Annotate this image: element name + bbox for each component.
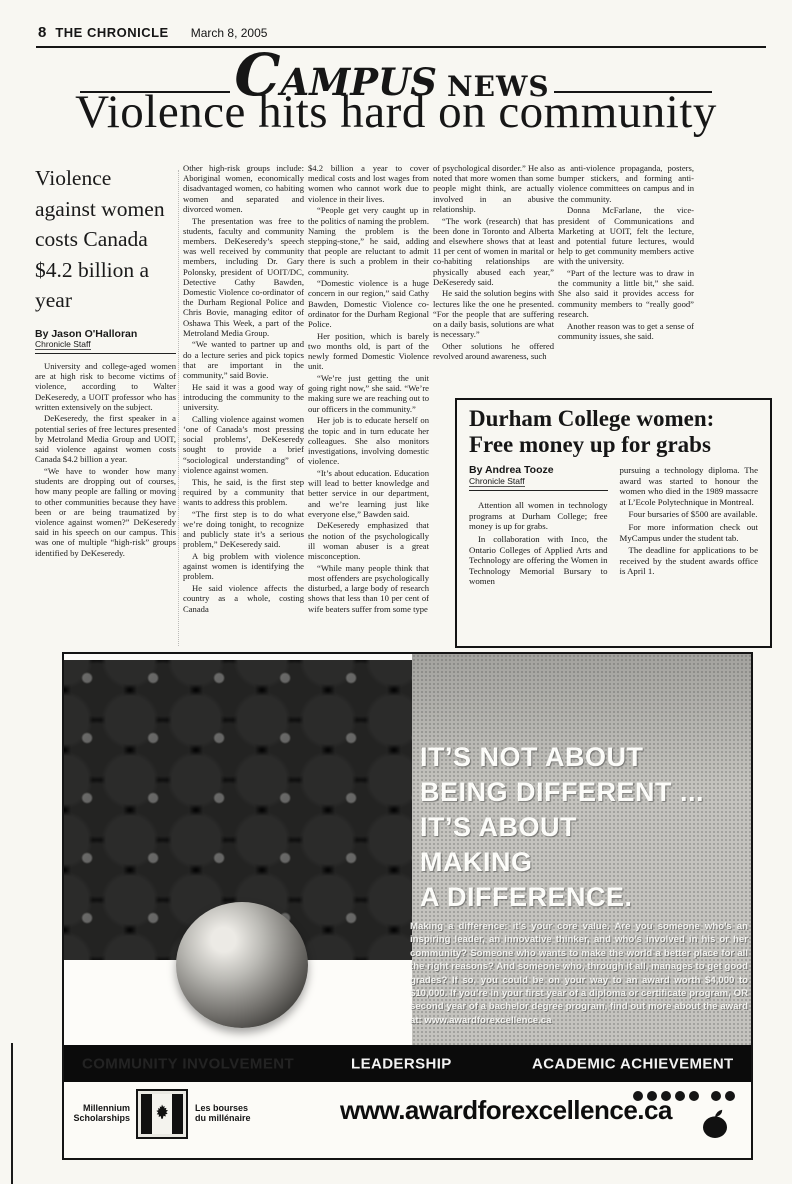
bursary-byline-organization: Chronicle Staff	[469, 476, 525, 488]
apple-icon	[697, 1105, 733, 1141]
masthead: 8 THE CHRONICLE March 8, 2005	[38, 24, 267, 41]
article-paragraph: “The first step is to do what we’re doin…	[183, 509, 304, 550]
bourses-label-line: Les bourses	[195, 1103, 251, 1113]
article-paragraph: A big problem with violence against wome…	[183, 551, 304, 582]
advertisement: IT’S NOT ABOUT BEING DIFFERENT ... IT’S …	[62, 652, 753, 1160]
article-paragraph: “We have to wonder how many students are…	[35, 466, 176, 558]
bourses-label-line: du millénaire	[195, 1113, 251, 1123]
millennium-label-line: Millennium	[68, 1103, 130, 1113]
millennium-label-line: Scholarships	[68, 1113, 130, 1123]
ad-banner: COMMUNITY INVOLVEMENT LEADERSHIP ACADEMI…	[64, 1045, 751, 1082]
article-paragraph: “Part of the lecture was to draw in the …	[558, 268, 694, 319]
article-column-1: Violence against women costs Canada $4.2…	[35, 163, 176, 559]
ad-headline-line: IT’S NOT ABOUT	[420, 740, 704, 775]
article-deck: Violence against women costs Canada $4.2…	[35, 163, 176, 316]
bursary-byline-author: By Andrea Tooze	[469, 465, 608, 476]
article-paragraph: In collaboration with Inco, the Ontario …	[469, 534, 608, 587]
flag-bar	[141, 1094, 152, 1134]
masthead-title: THE CHRONICLE	[55, 25, 168, 40]
bursary-headline-line1: Durham College women:	[469, 406, 758, 432]
millennium-scholarships-label: Millennium Scholarships	[68, 1103, 130, 1123]
article-paragraph: as anti-violence propaganda, posters, bu…	[558, 163, 694, 204]
article-paragraph: Attention all women in technology progra…	[469, 500, 608, 532]
bursary-article-box: Durham College women: Free money up for …	[455, 398, 772, 648]
ad-body-text: Making a difference: it’s your core valu…	[410, 920, 748, 1027]
apple-dot-icon	[633, 1091, 643, 1101]
banner-label-academic: ACADEMIC ACHIEVEMENT	[532, 1055, 734, 1072]
apple-dots-row	[629, 1091, 735, 1101]
article-paragraph: For more information check out MyCampus …	[620, 522, 759, 543]
article-column-2: Other high-risk groups include: Aborigin…	[183, 163, 304, 649]
article-paragraph: Her job is to educate herself on the top…	[308, 415, 429, 466]
apples-photo	[64, 654, 412, 1045]
ad-footer: Millennium Scholarships Les bourses du m…	[64, 1082, 751, 1158]
apple-dot-icon	[675, 1091, 685, 1101]
article-column-4: of psychological disorder.” He also note…	[433, 163, 554, 393]
article-paragraph: He said the solution begins with lecture…	[433, 288, 554, 339]
article-paragraph: This, he said, is the first step require…	[183, 477, 304, 508]
article-paragraph: Other solutions he offered revolved arou…	[433, 341, 554, 361]
article-column-3: $4.2 billion a year to cover medical cos…	[308, 163, 429, 649]
article-paragraph: “The work (research) that has been done …	[433, 216, 554, 287]
bursary-headline-line2: Free money up for grabs	[469, 432, 758, 458]
maple-leaf-icon	[153, 1103, 171, 1126]
apple-dot-icon	[725, 1091, 735, 1101]
article-paragraph: University and college-aged women are at…	[35, 361, 176, 412]
article-paragraph: Her position, which is barely two months…	[308, 331, 429, 372]
banner-label-community: COMMUNITY INVOLVEMENT	[82, 1055, 294, 1072]
article-paragraph: of psychological disorder.” He also note…	[433, 163, 554, 214]
article-paragraph: Four bursaries of $500 are available.	[620, 509, 759, 520]
bursary-byline-block: By Andrea Tooze Chronicle Staff	[469, 465, 608, 491]
article-paragraph: Another reason was to get a sense of com…	[558, 321, 694, 341]
single-apple-image	[176, 902, 308, 1028]
article-paragraph: The presentation was free to students, f…	[183, 216, 304, 338]
apple-dot-icon	[689, 1091, 699, 1101]
les-bourses-label: Les bourses du millénaire	[195, 1103, 251, 1123]
article-paragraph: “People get very caught up in the politi…	[308, 205, 429, 276]
bursary-column-2: pursuing a technology diploma. The award…	[620, 465, 759, 589]
article-paragraph: “We’re just getting the unit going right…	[308, 373, 429, 414]
ad-headline-line: IT’S ABOUT	[420, 810, 704, 845]
article-paragraph: Calling violence against women ‘one of C…	[183, 414, 304, 475]
article-paragraph: DeKeseredy emphasized that the notion of…	[308, 520, 429, 561]
article-paragraph: “Domestic violence is a huge concern in …	[308, 278, 429, 329]
article-paragraph: $4.2 billion a year to cover medical cos…	[308, 163, 429, 204]
byline-author: By Jason O'Halloran	[35, 329, 176, 339]
article-paragraph: “While many people think that most offen…	[308, 563, 429, 614]
scan-edge-artifact	[11, 1043, 13, 1184]
ad-headline: IT’S NOT ABOUT BEING DIFFERENT ... IT’S …	[420, 740, 704, 915]
article-paragraph: He said it was a good way of introducing…	[183, 382, 304, 413]
ad-headline-line: BEING DIFFERENT ...	[420, 775, 704, 810]
byline-block: By Jason O'Halloran Chronicle Staff	[35, 329, 176, 354]
ad-headline-line: A DIFFERENCE.	[420, 880, 704, 915]
apple-dot-icon	[711, 1091, 721, 1101]
main-headline: Violence hits hard on community	[0, 84, 792, 140]
apple-dot-icon	[647, 1091, 657, 1101]
flag-center	[152, 1094, 172, 1134]
article-paragraph: He said violence affects the country as …	[183, 583, 304, 614]
article-paragraph: “We wanted to partner up and do a lectur…	[183, 339, 304, 380]
column-rule	[178, 170, 179, 646]
article-column-5: as anti-violence propaganda, posters, bu…	[558, 163, 694, 393]
article-paragraph: The deadline for applications to be rece…	[620, 545, 759, 577]
bursary-column-1: By Andrea Tooze Chronicle Staff Attentio…	[469, 465, 608, 589]
article-paragraph: Donna McFarlane, the vice-president of C…	[558, 205, 694, 266]
newspaper-page: 8 THE CHRONICLE March 8, 2005 CAMPUS NEW…	[0, 0, 792, 1184]
banner-label-leadership: LEADERSHIP	[351, 1055, 452, 1072]
apple-dot-icon	[661, 1091, 671, 1101]
article-paragraph: Other high-risk groups include: Aborigin…	[183, 163, 304, 214]
article-paragraph: DeKeseredy, the first speaker in a poten…	[35, 413, 176, 464]
issue-date: March 8, 2005	[191, 26, 268, 40]
article-paragraph: pursuing a technology diploma. The award…	[620, 465, 759, 507]
article-paragraph: “It’s about education. Education will le…	[308, 468, 429, 519]
ad-headline-line: MAKING	[420, 845, 704, 880]
byline-organization: Chronicle Staff	[35, 339, 91, 350]
canada-flag-logo	[136, 1089, 188, 1139]
page-number: 8	[38, 24, 46, 41]
flag-bar	[172, 1094, 183, 1134]
award-url: www.awardforexcellence.ca	[340, 1095, 672, 1126]
